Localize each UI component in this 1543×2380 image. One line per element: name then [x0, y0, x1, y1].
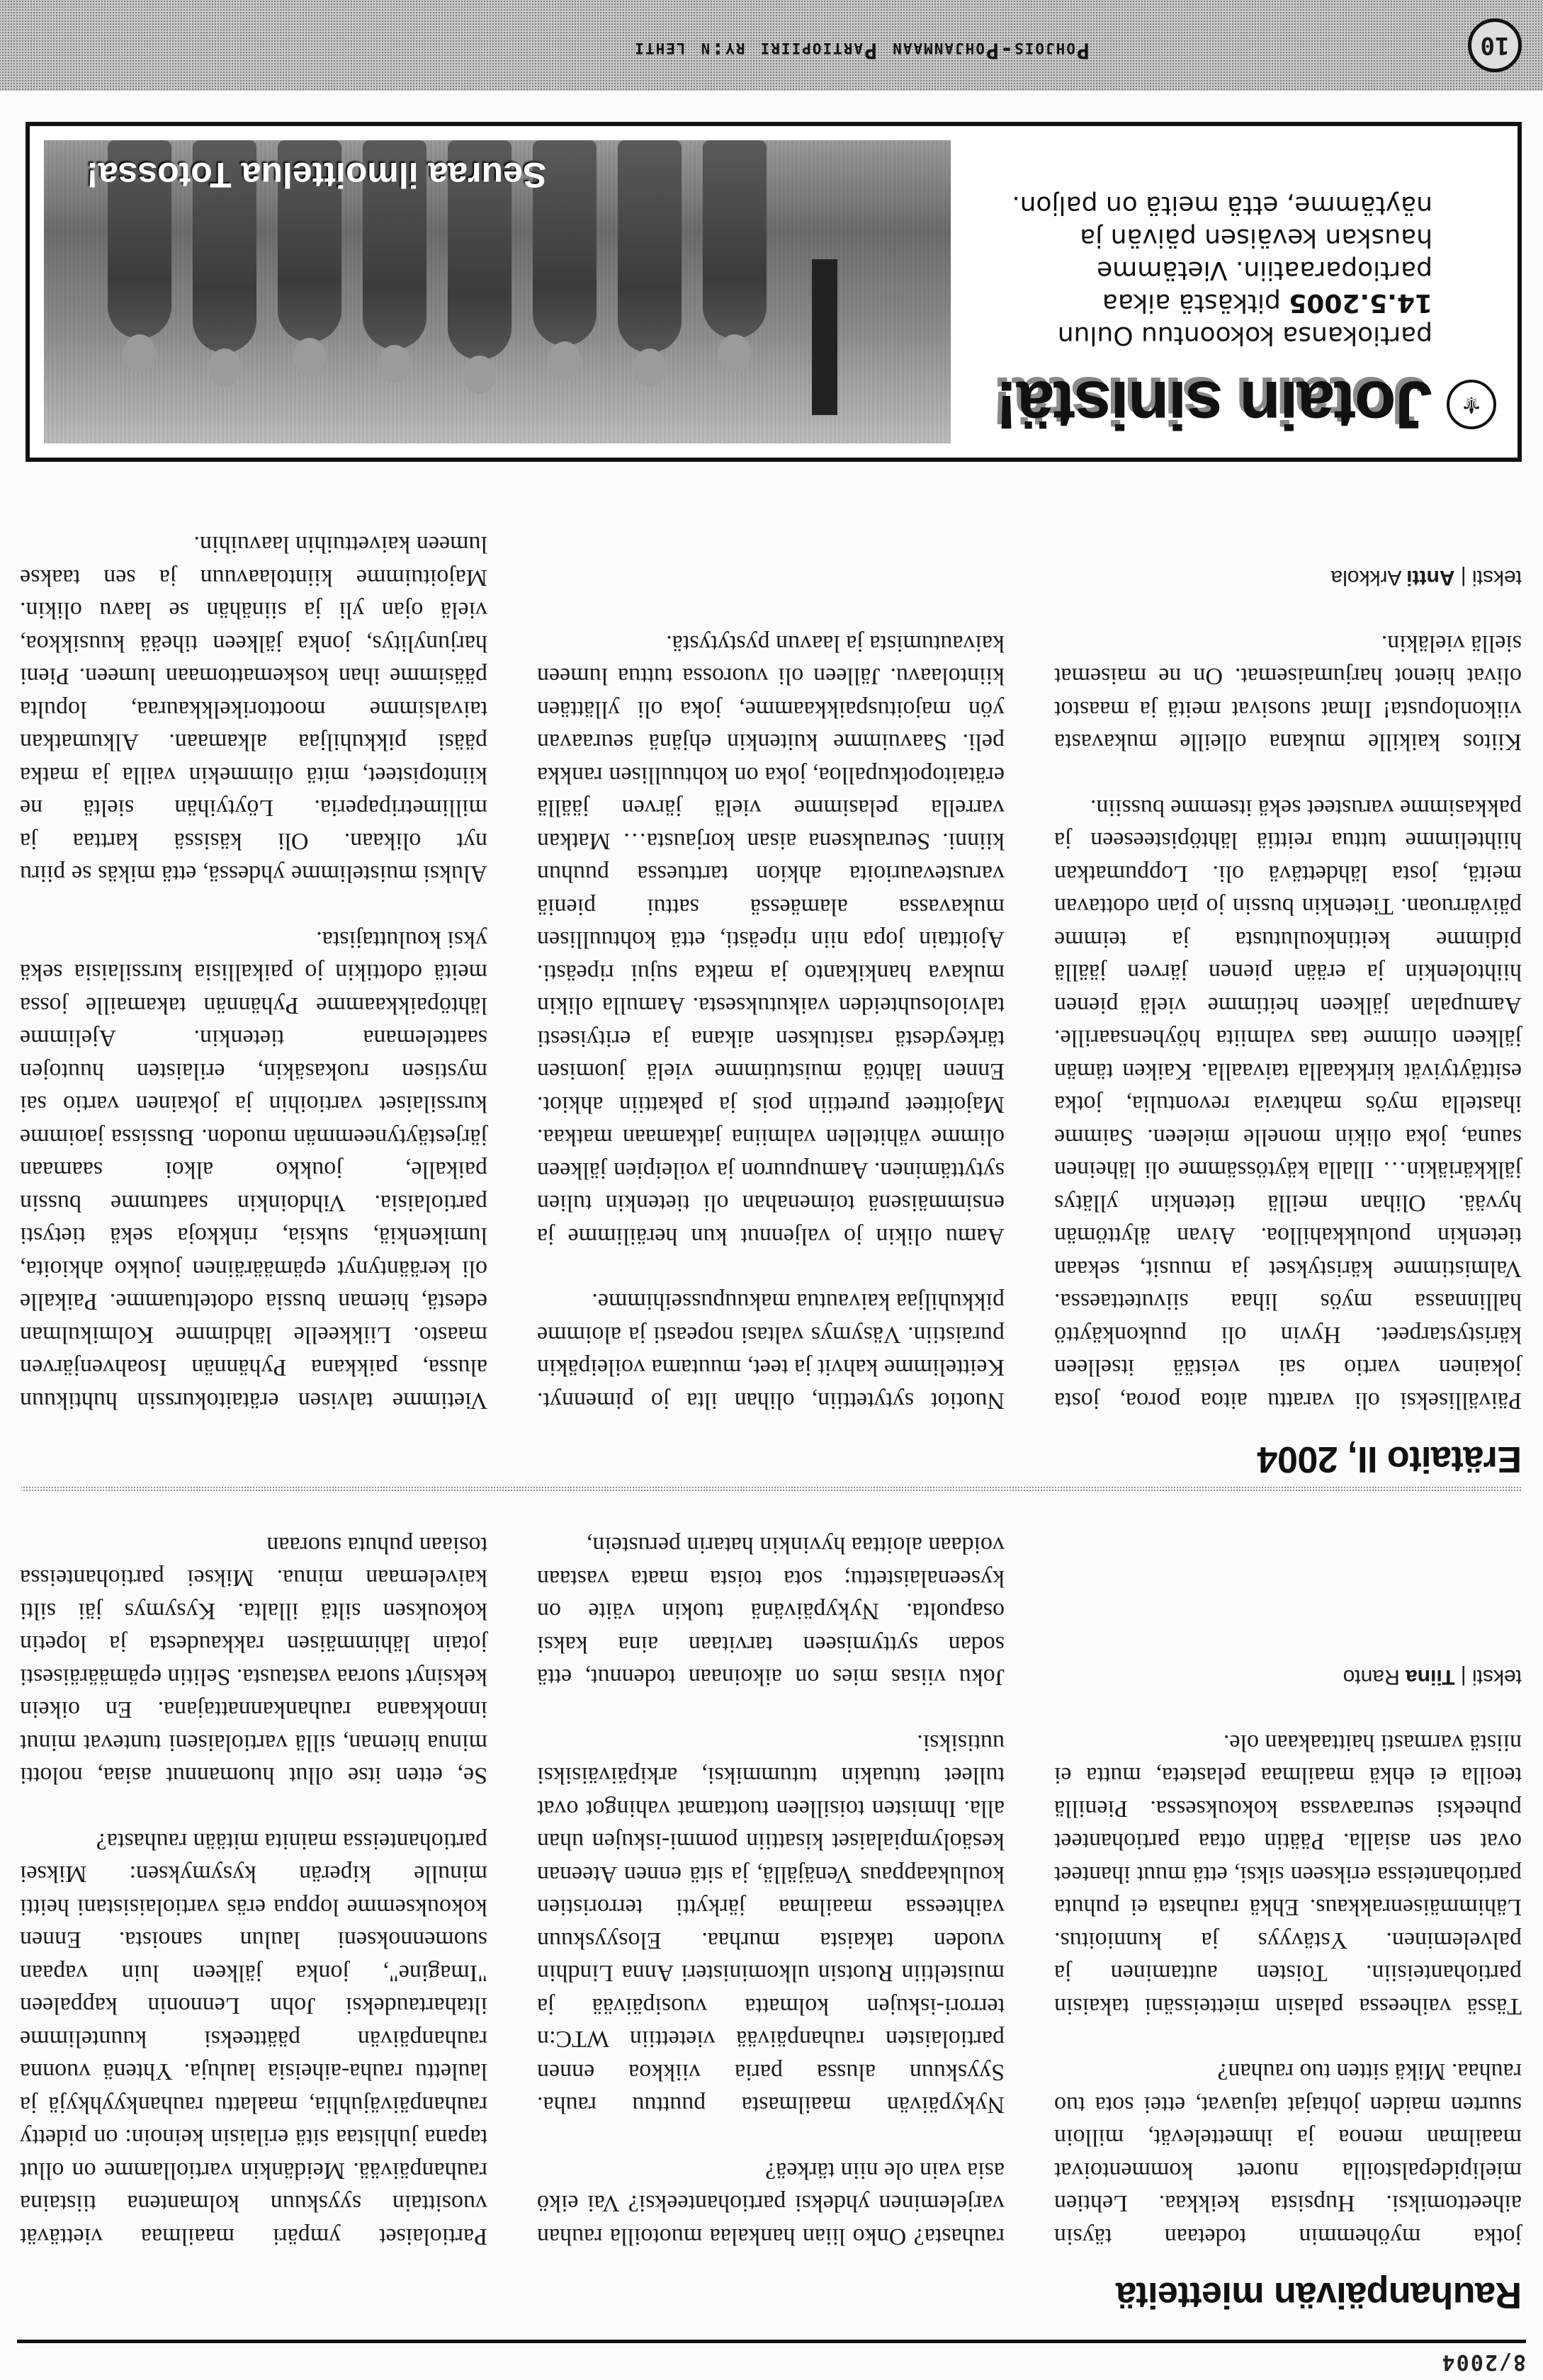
byline-prefix: teksti | — [1461, 567, 1522, 590]
paragraph: Vietimme talvisen erätaitokurssin huhtik… — [20, 923, 487, 1417]
paragraph: Aamu olikin jo valjennut kun heräilimme … — [537, 627, 1005, 1253]
parade-photo: Seuraa ilmoittelua Totossa! — [44, 140, 951, 443]
author-first-name: Antti — [1406, 567, 1454, 590]
ad-date: 14.5.2005 — [1289, 288, 1432, 317]
byline: teksti | Tiina Ranto — [1054, 1660, 1522, 1694]
article1-column-3: jotka myöhemmin todetaan täysin aiheetto… — [1054, 1660, 1522, 2252]
article-title-rauhanpaiva: Rauhanpäivän mietteitä — [1116, 2274, 1522, 2316]
byline: teksti | Antti Arkkola — [1054, 561, 1522, 594]
paragraph: Kiitos kaikille mukana olleille mukavast… — [1054, 627, 1522, 759]
paragraph: Tässä vaiheessa palasin mietteissäni tak… — [1054, 1726, 1522, 2023]
article2-column-2: Nuotiot sytytettiin, olihan ilta jo pime… — [537, 627, 1005, 1417]
article2-column-1: Vietimme talvisen erätaitokurssin huhtik… — [20, 528, 487, 1417]
author-last-name: Ranto — [1343, 1666, 1400, 1689]
page-footer: 10 Pohjois-Pohjanmaan Partiopiiri ry:n l… — [0, 0, 1543, 91]
paragraph: Joku viisas mies on aikoinaan todennut, … — [537, 1529, 1005, 1694]
paragraph: Se, etten itse ollut huomannut asiaa, no… — [20, 1529, 487, 1792]
ad-body: partiokansa kokoontuu Oulun 14.5.2005 pi… — [993, 188, 1432, 351]
publication-name: Pohjois-Pohjanmaan Partiopiiri ry:n leht… — [633, 38, 1090, 62]
ad-call-to-action: Seuraa ilmoittelua Totossa! — [86, 154, 546, 195]
ad-body-intro: partiokansa kokoontuu Oulun — [1058, 321, 1432, 350]
article2-column-3: Päivälliseksi oli varattu aitoa poroa, j… — [1054, 561, 1522, 1417]
author-last-name: Arkkola — [1330, 567, 1401, 590]
issue-number: 8/2004 — [1441, 2350, 1526, 2374]
scout-lily-icon: ⚜ — [1447, 380, 1496, 429]
paragraph: Aluksi muistelimme yhdessä, että mikäs s… — [20, 528, 487, 890]
paragraph: Nykypäivän maailmasta puuttuu rauha. Syy… — [537, 1726, 1005, 2121]
top-rule — [17, 2340, 1526, 2343]
scout-figure — [618, 140, 682, 353]
scout-figure — [703, 140, 767, 339]
magazine-page: 8/2004 Rauhanpäivän mietteitä Partiolais… — [0, 0, 1543, 2380]
byline-prefix: teksti | — [1461, 1666, 1522, 1689]
ad-text-panel: ⚜ Jotain sinistä! partiokansa kokoontuu … — [965, 126, 1517, 458]
paragraph: jotka myöhemmin todetaan täysin aiheetto… — [1054, 2055, 1522, 2252]
page-number-badge: 10 — [1468, 18, 1522, 72]
article1-column-2: rauhasta? Onko liian hankalaa muotoilla … — [537, 1529, 1005, 2252]
paragraph: Nuotiot sytytettiin, olihan ilta jo pime… — [537, 1285, 1005, 1417]
author-first-name: Tiina — [1406, 1666, 1454, 1689]
paragraph: Partiolaiset ympäri maailmaa viettävät v… — [20, 1825, 487, 2253]
parade-advertisement: ⚜ Jotain sinistä! partiokansa kokoontuu … — [26, 122, 1522, 462]
ad-title: Jotain sinistä! — [997, 365, 1432, 443]
flag-pole — [812, 259, 837, 415]
paragraph: rauhasta? Onko liian hankalaa muotoilla … — [537, 2154, 1005, 2253]
article1-column-1: Partiolaiset ympäri maailmaa viettävät v… — [20, 1529, 487, 2253]
paragraph: Päivälliseksi oli varattu aitoa poroa, j… — [1054, 791, 1522, 1417]
section-divider — [21, 1486, 1522, 1492]
article-title-irataito: Erätaito II, 2004 — [1257, 1438, 1522, 1480]
